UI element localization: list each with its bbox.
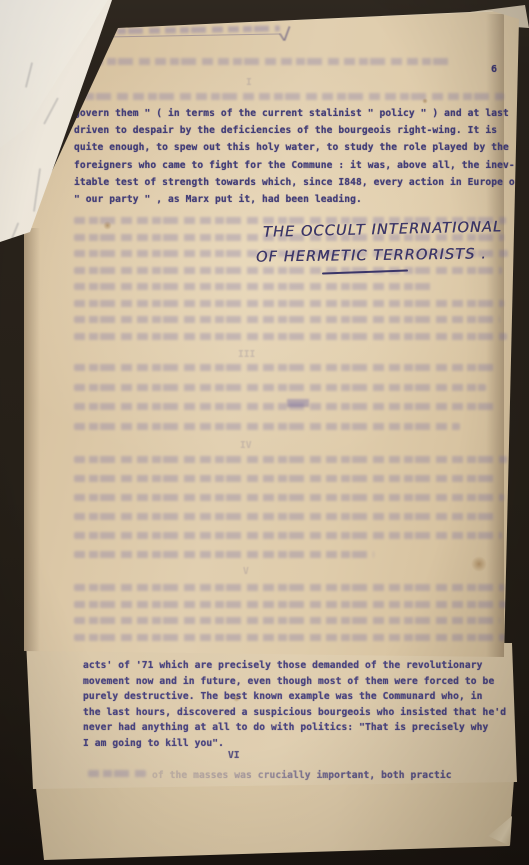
ghost-text-line — [74, 494, 504, 501]
pencil-mark — [11, 222, 20, 239]
faded-underlined-title — [102, 25, 280, 37]
section-numeral-vi: VI — [228, 750, 240, 761]
ghost-text-line — [74, 267, 502, 274]
paper-stain — [103, 221, 112, 230]
section-numeral-v: V — [243, 566, 249, 577]
ghost-text-line — [74, 384, 486, 391]
ghost-text-line — [74, 584, 504, 591]
ghost-underlined-word — [287, 399, 309, 407]
ghost-text-line — [74, 316, 500, 323]
partial-faded-line: of the masses was crucially important, b… — [152, 767, 452, 784]
paragraph-govern-them: govern them " ( in terms of the current … — [74, 105, 521, 208]
ghost-text-line — [74, 333, 507, 340]
ghost-text-line — [74, 513, 499, 520]
paper-stain — [233, 695, 240, 702]
paper-stain — [471, 556, 487, 572]
faded-line-start — [88, 770, 146, 777]
typed-text-line: quite enough, to spew out this holy wate… — [74, 139, 521, 156]
photo-of-typescript-page: acts' of '71 which are precisely those d… — [0, 0, 529, 865]
ghost-text-line — [74, 364, 494, 371]
ghost-text-line — [74, 300, 504, 307]
ghost-text-line — [74, 551, 374, 558]
paper-left-shadow — [24, 228, 40, 652]
ghost-text-line — [74, 403, 498, 410]
page-number: 6 — [491, 64, 497, 75]
typed-text-line: the last hours, discovered a suspicious … — [83, 705, 506, 721]
partial-faded-line-text: of the masses was crucially important, b… — [152, 767, 452, 784]
typed-text-line: movement now and in future, even though … — [83, 674, 506, 690]
section-numeral-iv: IV — [240, 440, 252, 451]
ghost-text-line — [74, 423, 460, 430]
ghost-text-line — [102, 25, 280, 34]
typed-text-line: " our party " , as Marx put it, had been… — [74, 191, 521, 208]
paragraph-acts-of-71: acts' of '71 which are precisely those d… — [83, 658, 506, 752]
pencil-mark — [43, 97, 59, 124]
ghost-text-line — [74, 634, 505, 641]
ghost-paragraph-5 — [74, 584, 510, 650]
typed-text-line: acts' of '71 which are precisely those d… — [83, 658, 506, 674]
ghost-text-line — [74, 532, 502, 539]
ghost-text-line — [74, 475, 494, 482]
ghost-text-line — [92, 58, 454, 65]
ghost-text-line — [70, 93, 504, 100]
ghost-paragraph-4 — [74, 456, 510, 570]
ghost-text-line — [74, 601, 508, 608]
typed-text-line: itable test of strength towards which, s… — [74, 174, 521, 191]
ghost-header-line — [92, 58, 526, 65]
section-numeral-i: I — [246, 77, 252, 88]
typed-text-line: govern them " ( in terms of the current … — [74, 105, 521, 122]
paper-top-edge — [118, 9, 498, 28]
ghost-intro-line — [70, 93, 510, 100]
typed-text-line: foreigners who came to fight for the Com… — [74, 157, 521, 174]
typed-text-line: never had anything at all to do with pol… — [83, 720, 506, 736]
ghost-text-line — [74, 283, 434, 290]
typed-text-line: driven to despair by the deficiencies of… — [74, 122, 521, 139]
ghost-text-line — [74, 456, 507, 463]
typed-text-line: I am going to kill you". — [83, 736, 506, 752]
ghost-text-line — [74, 617, 500, 624]
paper-stain — [422, 98, 428, 104]
typed-text-line: purely destructive. The best known examp… — [83, 689, 506, 705]
section-numeral-iii: III — [238, 349, 255, 360]
handwritten-annotation-line2: OF HERMETIC TERRORISTS . — [256, 246, 487, 265]
